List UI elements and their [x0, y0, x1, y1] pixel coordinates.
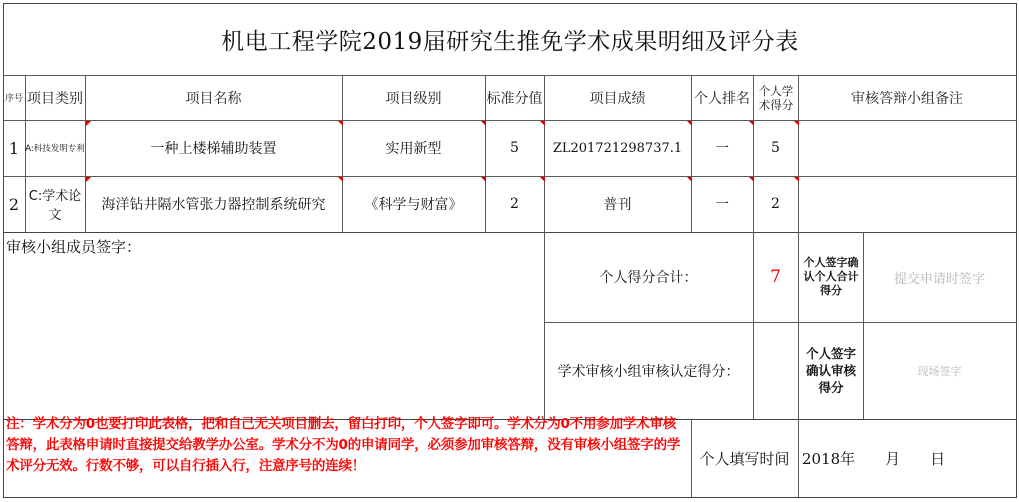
header-seq: 序号 — [3, 75, 25, 120]
comment-marker-icon[interactable] — [338, 121, 343, 126]
row-name[interactable]: 海洋钻井隔水管张力器控制系统研究 — [85, 176, 342, 232]
header-result: 项目成绩 — [544, 75, 691, 120]
row-standard-score[interactable]: 5 — [485, 120, 544, 176]
header-standard-score: 标准分值 — [485, 75, 544, 120]
audit-value[interactable] — [753, 322, 798, 419]
row-standard-score[interactable]: 2 — [485, 176, 544, 232]
total-value[interactable]: 7 — [753, 232, 798, 322]
comment-marker-icon[interactable] — [540, 121, 545, 126]
row-rank[interactable]: 一 — [691, 176, 753, 232]
row-notes[interactable] — [798, 120, 1016, 176]
comment-marker-icon[interactable] — [687, 121, 692, 126]
row-category[interactable]: A:科技发明专利 — [25, 120, 85, 176]
row-level[interactable]: 实用新型 — [342, 120, 485, 176]
row-notes[interactable] — [798, 176, 1016, 232]
comment-marker-icon[interactable] — [749, 177, 754, 182]
header-level: 项目级别 — [342, 75, 485, 120]
confirm-audit-signature[interactable]: 现场签字 — [863, 322, 1016, 419]
header-notes: 审核答辩小组备注 — [798, 75, 1016, 120]
header-rank: 个人排名 — [691, 75, 753, 120]
comment-marker-icon[interactable] — [481, 177, 486, 182]
date-field[interactable]: 2018年 月 日 — [800, 419, 1016, 497]
header-category: 项目类别 — [25, 75, 85, 120]
comment-marker-icon[interactable] — [794, 177, 799, 182]
total-label: 个人得分合计： — [544, 232, 753, 322]
header-academic-score: 个人学术得分 — [756, 75, 796, 120]
members-sign-label: 审核小组成员签字： — [6, 236, 141, 257]
comment-marker-icon[interactable] — [794, 121, 799, 126]
row-seq: 2 — [3, 176, 25, 232]
confirm-total-signature[interactable]: 提交申请时签字 — [863, 232, 1016, 322]
row-name[interactable]: 一种上楼梯辅助装置 — [85, 120, 342, 176]
row-level[interactable]: 《科学与财富》 — [342, 176, 485, 232]
row-academic-score[interactable]: 2 — [753, 176, 798, 232]
members-sign-area[interactable] — [4, 258, 543, 418]
audit-label: 学术审核小组审核认定得分： — [544, 322, 753, 419]
comment-marker-icon[interactable] — [338, 177, 343, 182]
row-result[interactable]: ZL201721298737.1 — [544, 120, 691, 176]
row-category[interactable]: C:学术论文 — [25, 176, 85, 232]
footer-note: 注：学术分为0也要打印此表格，把和自己无关项目删去，留白打印，个人签字即可。学术… — [6, 414, 686, 477]
comment-marker-icon[interactable] — [540, 177, 545, 182]
row-result[interactable]: 普刊 — [544, 176, 691, 232]
comment-marker-icon[interactable] — [481, 121, 486, 126]
confirm-total-label: 个人签字确认个人合计得分 — [801, 232, 861, 322]
confirm-audit-label: 个人签字确认审核得分 — [800, 322, 862, 419]
comment-marker-icon[interactable] — [86, 121, 91, 126]
page-title: 机电工程学院2019届研究生推免学术成果明细及评分表 — [3, 3, 1017, 75]
comment-marker-icon[interactable] — [687, 177, 692, 182]
row-rank[interactable]: 一 — [691, 120, 753, 176]
header-name: 项目名称 — [85, 75, 342, 120]
row-academic-score[interactable]: 5 — [753, 120, 798, 176]
row-seq: 1 — [3, 120, 25, 176]
comment-marker-icon[interactable] — [749, 121, 754, 126]
comment-marker-icon[interactable] — [86, 177, 91, 182]
date-label: 个人填写时间 — [691, 419, 798, 497]
